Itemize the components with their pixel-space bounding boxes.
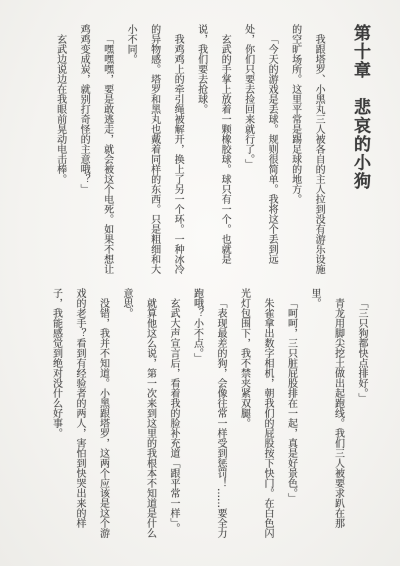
text-band-top: 第十章 悲哀的小狗 我跟塔罗、小黑丸三人被各自的主人拉到没有游乐设施的空旷场所。… (48, 24, 373, 282)
paragraph-threat-dialogue: 「嘿嘿嘿，要是敢逃走，就会被这个电死。如果不想让鸡鸡变成炭，就别打奇怪的主意哦？… (72, 24, 119, 282)
paragraph-collar: 我鸡鸡上的牵引绳被解开，换上了另一个环。一种冰冷的异物感。塔罗和黑丸也戴着同样的… (119, 24, 190, 282)
paragraph-declaration: 玄武大声宣言后，看着我的脸补充道「跟平常一样」。 (162, 288, 186, 546)
paragraph-setting: 我跟塔罗、小黑丸三人被各自的主人拉到没有游乐设施的空旷场所。这里平常是踢足球的地… (283, 24, 330, 282)
paragraph-start-line: 青龙用脚尖挖土做出起跑线。我们三人被要求趴在那里。 (303, 288, 350, 546)
paragraph-stun-baton: 玄武边说边在我眼前晃动电击棒。 (48, 24, 72, 282)
paragraph-punishment-dialogue: 「表现最差的狗，会像往常一样受到惩罚！……要全力跑哦？小不点。」 (185, 288, 232, 546)
paragraph-camera: 朱雀拿出数字相机，朝我们的屁股按下快门。在白色闪光灯包围下，我不禁夹紧双腿。 (232, 288, 279, 546)
paragraph-scenery-dialogue: 「呵呵，三只脏屁股排在一起，真是好景色。」 (279, 288, 303, 546)
paragraph-ball: 玄武的手掌上放着一颗橡胶球。球只有一个。也就是说，我们要去抢球。 (189, 24, 236, 282)
paragraph-rules-dialogue: 「今天的游戏是丢球。规则很简单。我将这个丢到远处，你们只要去捡回来就行了。」 (236, 24, 283, 282)
text-band-bottom: 「三只狗都快点排好。」 青龙用脚尖挖土做出起跑线。我们三人被要求趴在那里。 「呵… (44, 288, 373, 546)
chapter-title: 第十章 悲哀的小狗 (348, 24, 371, 282)
paragraph-dread: 没错，我并不知道。小黑跟塔罗，这两个应该是这个游戏的老手？看到有经验者的两人，害… (44, 288, 115, 546)
novel-page: 第十章 悲哀的小狗 我跟塔罗、小黑丸三人被各自的主人拉到没有游乐设施的空旷场所。… (0, 0, 400, 566)
paragraph-confusion: 就算他这么说，第一次来到这里的我根本不知道是什么意思。 (115, 288, 162, 546)
paragraph-lineup-dialogue: 「三只狗都快点排好。」 (350, 288, 374, 546)
